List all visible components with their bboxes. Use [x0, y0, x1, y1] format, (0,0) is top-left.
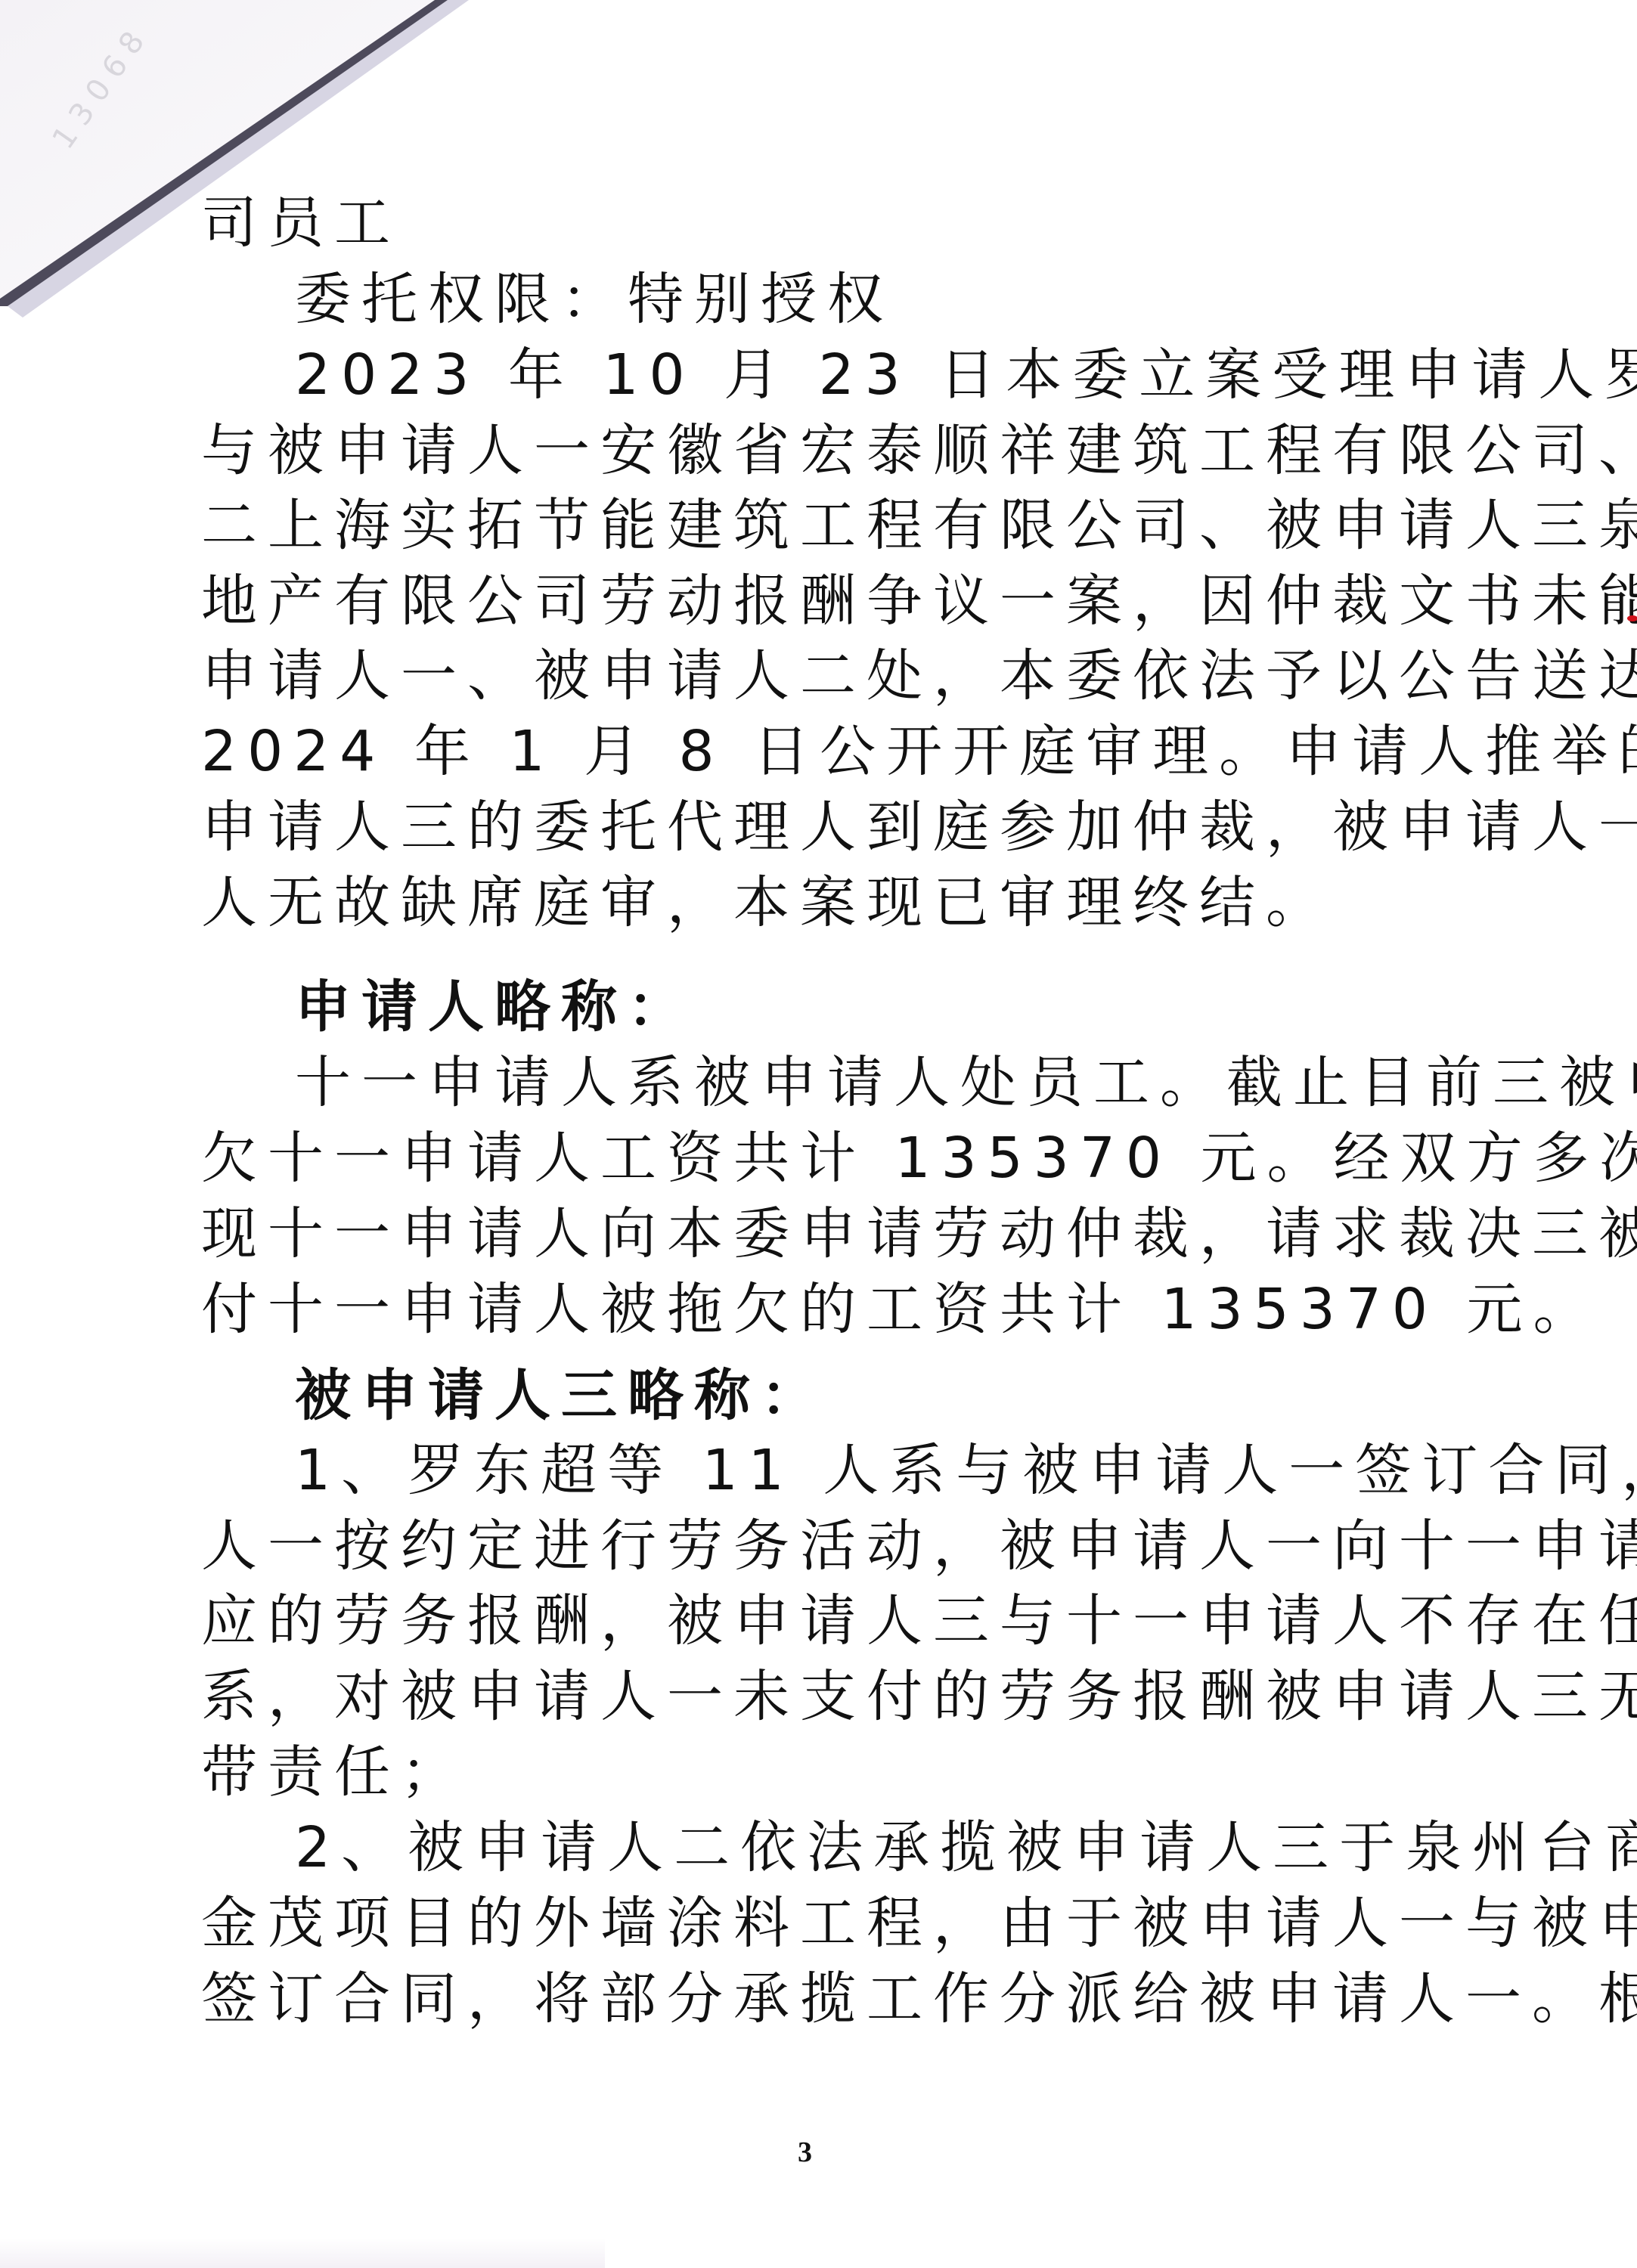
- body-text-line: 1、罗东超等 11 人系与被申请人一签订合同，由被申请: [295, 1433, 1505, 1508]
- body-text-line: 十一申请人系被申请人处员工。截止目前三被申请人拖: [295, 1045, 1505, 1120]
- body-text-line: 申请人一、被申请人二处，本委依法予以公告送达。依法于: [201, 638, 1411, 714]
- page-number: 3: [798, 2136, 812, 2169]
- body-text-line: 申请人三的委托代理人到庭参加仲裁，被申请人一、被申请: [201, 789, 1411, 865]
- body-text-line: 付十一申请人被拖欠的工资共计 135370 元。: [201, 1272, 1411, 1347]
- section-heading: 被申请人三略称：: [295, 1358, 1505, 1433]
- body-text-line: 2024 年 1 月 8 日公开开庭审理。申请人推举的工人代表和被: [201, 714, 1411, 789]
- body-text-line: 欠十一申请人工资共计 135370 元。经双方多次协调未果，: [201, 1120, 1411, 1196]
- red-ink-mark: [1627, 615, 1637, 621]
- body-text-line: 人一按约定进行劳务活动，被申请人一向十一申请人支付相: [201, 1508, 1411, 1584]
- body-text-line: 人无故缺席庭审，本案现已审理终结。: [201, 865, 1411, 940]
- body-text-line: 二上海实拓节能建筑工程有限公司、被申请人三泉州振茂房: [201, 488, 1411, 563]
- body-text-line: 地产有限公司劳动报酬争议一案，因仲裁文书未能送达至被: [201, 563, 1411, 639]
- svg-text:1 3 0 6 8: 1 3 0 6 8: [46, 25, 152, 155]
- body-text-line: 金茂项目的外墙涂料工程，由于被申请人一与被申请人二有: [201, 1885, 1411, 1961]
- body-text-line: 应的劳务报酬，被申请人三与十一申请人不存在任何劳务关: [201, 1583, 1411, 1659]
- body-text-line: 与被申请人一安徽省宏泰顺祥建筑工程有限公司、被申请人: [201, 413, 1411, 488]
- body-text-line: 系，对被申请人一未支付的劳务报酬被申请人三无需承担连: [201, 1659, 1411, 1734]
- body-text-line: 委托权限：特别授权: [295, 262, 1505, 337]
- body-text-line: 司员工: [201, 185, 1411, 261]
- body-text-line: 现十一申请人向本委申请劳动仲裁，请求裁决三被申请人支: [201, 1196, 1411, 1272]
- body-text-line: 2023 年 10 月 23 日本委立案受理申请人罗永超等 11 人: [295, 337, 1505, 413]
- body-text-line: 签订合同，将部分承揽工作分派给被申请人一。根据《保障: [201, 1961, 1411, 2037]
- scan-edge-artifact: [0, 2238, 605, 2268]
- section-heading: 申请人略称：: [295, 969, 1505, 1045]
- body-text-line: 2、被申请人二依法承揽被申请人三于泉州台商投资区: [295, 1810, 1505, 1885]
- body-text-line: 带责任；: [201, 1734, 1411, 1810]
